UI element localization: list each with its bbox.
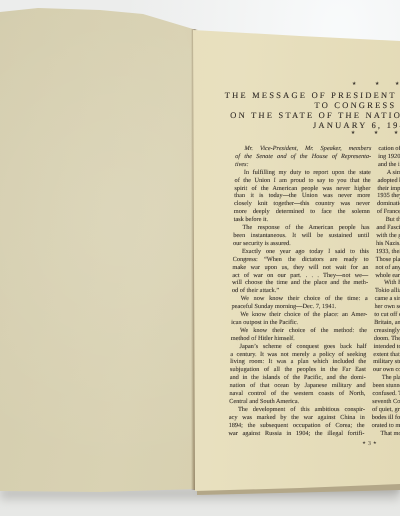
text-line: peaceful Sunday morning—Dec. 7, 1941. xyxy=(231,303,367,311)
text-line: bodes ill for those who conspired and co… xyxy=(372,414,400,422)
text-line: acy was marked by the war against China … xyxy=(229,414,365,422)
title-line-2: TO CONGRESS xyxy=(314,100,396,110)
text-line: intended to stun us—to terrify us to suc… xyxy=(373,343,400,351)
text-line: of the Union I am proud to say to you th… xyxy=(234,177,370,185)
text-line: The response of the American people has xyxy=(233,224,369,232)
star-icon: ★ xyxy=(351,130,356,136)
left-text-column: Mr. Vice-President, Mr. Speaker, members… xyxy=(228,145,371,438)
text-line: with the gargantuan aspirations of Hitle… xyxy=(376,232,400,240)
text-line: war against Russia in 1904; the illegal … xyxy=(228,430,364,438)
star-icon: ★ xyxy=(352,81,357,87)
text-line: act of war on our part. . . . They—not w… xyxy=(232,272,368,280)
text-line: than it is today—the Union was never mor… xyxy=(234,192,370,200)
text-line: creasingly were speeding the day of Hitl… xyxy=(374,327,400,335)
text-line: been instantaneous. It will be sustained… xyxy=(233,232,369,240)
text-line: Mr. Vice-President, Mr. Speaker, members xyxy=(235,145,371,153)
text-line: method of Hitler himself. xyxy=(231,335,367,343)
text-line: The plan has failed in its purpose. We h… xyxy=(373,374,400,382)
text-line: tives: xyxy=(235,161,371,169)
star-icon: ★ xyxy=(375,81,380,87)
text-line: task before it. xyxy=(234,216,370,224)
text-line: That mood is stronger than any mere desi… xyxy=(371,430,400,438)
text-line: came a single plan. Under this, in addit… xyxy=(375,295,400,303)
text-line: our security is assured. xyxy=(233,240,369,248)
page-number: ★3★ xyxy=(362,440,377,447)
text-line: orated to murder world peace. xyxy=(372,422,400,430)
text-line: adopted by Italy. The Fascists first rev… xyxy=(377,177,400,185)
title-line-4: JANUARY 6, 1942 xyxy=(313,120,400,130)
text-line: her own schemes of conquest, Japan’s rol… xyxy=(374,303,400,311)
text-line: 1933, their plans for that conquest had … xyxy=(376,248,400,256)
text-line: and Fascist leaders were modest in compa… xyxy=(376,224,400,232)
text-line: In fulfilling my duty to report upon the… xyxy=(235,169,371,177)
text-line: been stunned. We have not been terrified… xyxy=(372,382,400,390)
star-icon: ★ xyxy=(395,81,400,87)
text-line: seventh Congress today is proof of that;… xyxy=(372,398,400,406)
title-line-3: ON THE STATE OF THE NATION xyxy=(230,110,400,120)
text-line: Britain, and Russia and China—weapons in… xyxy=(374,319,400,327)
text-line: ing 1920; the seizure of Manchuria in 19… xyxy=(378,153,400,161)
text-line: their imperial designs in Libya and Trip… xyxy=(377,185,400,193)
star-icon: ★ xyxy=(394,130,399,136)
text-line: We now know their choice of the time: a xyxy=(232,295,368,303)
text-line: Those plans provided for ultimate domina… xyxy=(376,256,400,264)
text-line: Exactly one year ago today I said to thi… xyxy=(233,248,369,256)
text-line: nation of that ocean by Japanese militar… xyxy=(229,382,365,390)
text-line: make war upon us, they will not wait for… xyxy=(232,264,368,272)
star-row-top: ★★★ xyxy=(195,81,398,89)
star-icon: ★ xyxy=(374,130,379,136)
text-line: to cut off our supply of weapons of war … xyxy=(374,311,400,319)
text-line: ican outpost in the Pacific. xyxy=(231,319,367,327)
text-line: of France, and the entire Mediterranean … xyxy=(377,208,400,216)
text-line: Central and South America. xyxy=(229,398,365,406)
text-line: and in the islands of the Pacific, and t… xyxy=(230,374,366,382)
right-text-column: cation of the mandated Pacific islands f… xyxy=(371,145,400,438)
text-line: of the Senate and of the House of Repres… xyxy=(235,153,371,161)
text-line: Japan’s scheme of conquest goes back hal… xyxy=(230,343,366,351)
text-line: naval control of the western coasts of N… xyxy=(229,390,365,398)
page-text-block: ★★★ THE MESSAGE OF PRESIDENT ROOSEVELT T… xyxy=(184,0,400,516)
text-line: The development of this ambitious conspi… xyxy=(229,406,365,414)
text-line: But the dreams of empire of the Japanese xyxy=(377,216,400,224)
text-line: not of any one section of the world, but… xyxy=(375,264,400,272)
text-line: his Nazis. Even before they came to powe… xyxy=(376,240,400,248)
photo-background: ★★★ THE MESSAGE OF PRESIDENT ROOSEVELT T… xyxy=(0,0,400,516)
text-line: spirit of the American people was never … xyxy=(234,185,370,193)
star-row-bottom: ★★★ xyxy=(194,130,397,138)
text-line: Tokio alliance, all these plans of conqu… xyxy=(375,287,400,295)
text-line: A similar policy of criminal conquest wa… xyxy=(378,169,400,177)
text-line: confused. This very reassembling of the … xyxy=(372,390,400,398)
title-line-1: THE MESSAGE OF PRESIDENT ROOSEVELT xyxy=(225,90,400,100)
text-line: 1894; the subsequent occupation of Corea… xyxy=(229,422,365,430)
text-line: more deeply determined to face the solem… xyxy=(234,208,370,216)
text-line: of quiet, grim resolution which here pre… xyxy=(372,406,400,414)
text-line: We know their choice of the place: an Am… xyxy=(231,311,367,319)
page-number-star-right: ★ xyxy=(373,440,377,445)
text-line: cation of the mandated Pacific islands f… xyxy=(378,145,400,153)
text-line: and the invasion of China in 1937. xyxy=(378,161,400,169)
text-line: doom. The act of Japan at Pearl Harbor w… xyxy=(374,335,400,343)
text-line: We know their choice of the method: the xyxy=(231,327,367,335)
text-line: Congress: “When the dictators are ready … xyxy=(233,256,369,264)
text-line: a century. It was not merely a policy of… xyxy=(230,351,366,359)
